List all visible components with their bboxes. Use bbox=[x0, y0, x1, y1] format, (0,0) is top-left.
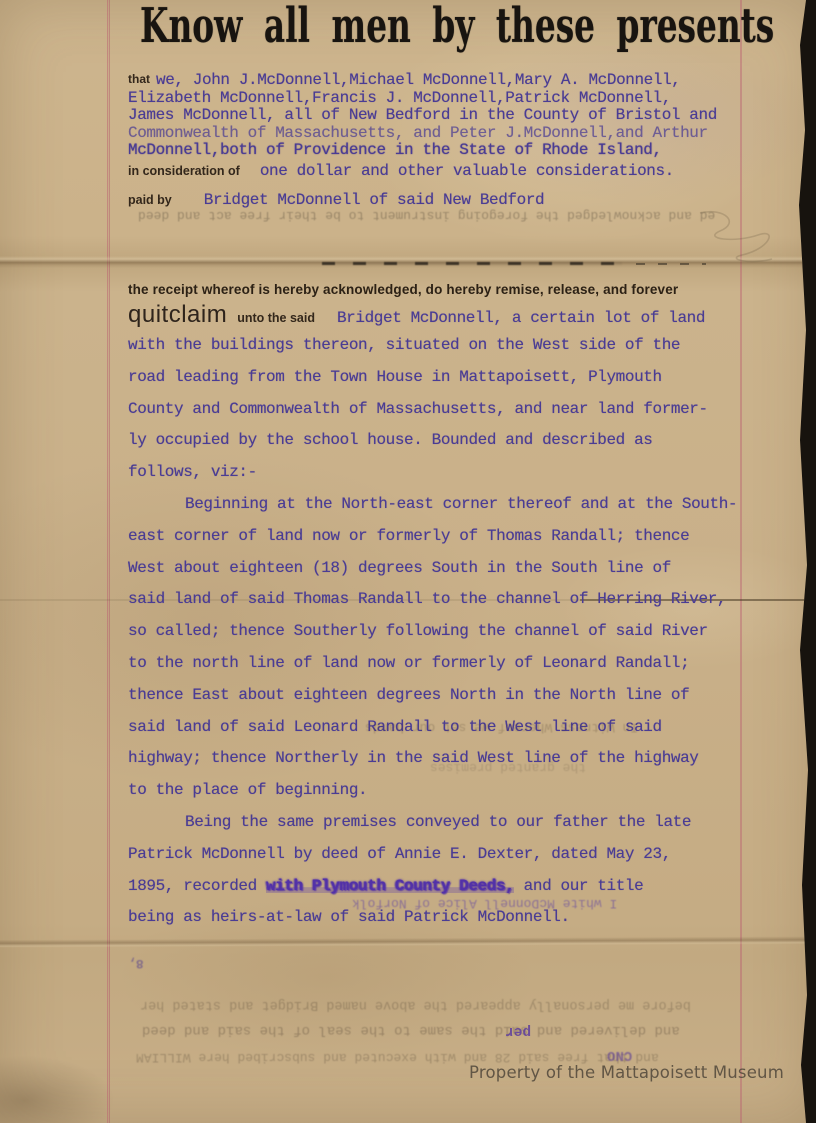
body-line: said land of said Thomas Randall to the … bbox=[128, 584, 788, 616]
typed-parties-line-4: Commonwealth of Massachusetts, and Peter… bbox=[128, 125, 768, 143]
body-line: said land of said Leonard Randall to the… bbox=[128, 712, 788, 744]
body-line-recorded: 1895, recorded with Plymouth County Deed… bbox=[128, 871, 788, 903]
fold-crease-ink-dashes bbox=[322, 262, 622, 265]
body-line: Beginning at the North-east corner there… bbox=[128, 489, 788, 521]
typed-parties-line-1: we, John J.McDonnell,Michael McDonnell,M… bbox=[156, 71, 681, 89]
museum-watermark: Property of the Mattapoisett Museum bbox=[469, 1063, 784, 1082]
pencil-squiggle-mark bbox=[680, 205, 790, 275]
body-line: east corner of land now or formerly of T… bbox=[128, 521, 788, 553]
printed-quitclaim-word: quitclaim bbox=[128, 301, 227, 329]
body-line: County and Commonwealth of Massachusetts… bbox=[128, 394, 788, 426]
body-line: Being the same premises conveyed to our … bbox=[128, 807, 788, 839]
body-line: being as heirs-at-law of said Patrick Mc… bbox=[128, 902, 788, 934]
body-line: highway; thence Northerly in the said We… bbox=[128, 743, 788, 775]
opening-paragraph: thatwe, John J.McDonnell,Michael McDonne… bbox=[128, 71, 768, 160]
typed-consideration: one dollar and other valuable considerat… bbox=[260, 162, 674, 180]
body-line: with the buildings thereon, situated on … bbox=[128, 330, 788, 362]
bleedthrough-mark-8: 8, bbox=[128, 956, 144, 971]
typed-parties-line-3: James McDonnell, all of New Bedford in t… bbox=[128, 107, 768, 125]
body-line: so called; thence Southerly following th… bbox=[128, 616, 788, 648]
typed-parties-line-5: McDonnell,both of Providence in the Stat… bbox=[128, 142, 768, 160]
printed-word-that: that bbox=[128, 72, 150, 86]
body-line: West about eighteen (18) degrees South i… bbox=[128, 553, 788, 585]
bleedthrough-per-mark: per bbox=[505, 1023, 531, 1039]
paid-by-row: paid byBridget McDonnell of said New Bed… bbox=[128, 191, 544, 209]
printed-paid-by: paid by bbox=[128, 193, 172, 207]
typed-grantee-line: Bridget McDonnell, a certain lot of land bbox=[337, 309, 705, 327]
bleedthrough-notary-line: ed and acknowledged the foregoing instru… bbox=[138, 208, 715, 223]
body-line: to the place of beginning. bbox=[128, 775, 788, 807]
fold-crease-top bbox=[0, 256, 816, 268]
bleedthrough-cno-mark: CNO bbox=[607, 1047, 632, 1063]
deed-title: Know all men by these presents bbox=[140, 0, 774, 53]
consideration-row: in consideration ofone dollar and other … bbox=[128, 162, 674, 180]
bleedthrough-bottom-line-1: before me personally appeared the above … bbox=[140, 997, 691, 1012]
printed-unto-the-said: unto the said bbox=[237, 311, 315, 325]
typed-parties-line-2: Elizabeth McDonnell,Francis J. McDonnell… bbox=[128, 90, 768, 108]
quitclaim-row: quitclaim unto the said Bridget McDonnel… bbox=[128, 301, 705, 329]
body-line: to the north line of land now or formerl… bbox=[128, 648, 788, 680]
body-line: thence East about eighteen degrees North… bbox=[128, 680, 788, 712]
deed-body: with the buildings thereon, situated on … bbox=[128, 330, 788, 934]
recorded-suffix: and our title bbox=[514, 877, 643, 895]
body-line: ly occupied by the school house. Bounded… bbox=[128, 425, 788, 457]
fold-crease-bottom bbox=[0, 936, 816, 948]
recorded-prefix: 1895, recorded bbox=[128, 877, 266, 895]
typed-grantor-paid-by: Bridget McDonnell of said New Bedford bbox=[204, 191, 544, 209]
fold-crease-ink-dashes-right bbox=[636, 263, 706, 265]
recorded-smudged-segment: with Plymouth County Deeds, bbox=[266, 877, 514, 895]
printed-in-consideration-of: in consideration of bbox=[128, 164, 240, 178]
deed-paper-scan: Know all men by these presents thatwe, J… bbox=[0, 0, 816, 1123]
body-line: Patrick McDonnell by deed of Annie E. De… bbox=[128, 839, 788, 871]
printed-receipt-clause: the receipt whereof is hereby acknowledg… bbox=[128, 282, 678, 297]
bleedthrough-bottom-line-2: and delivered and said the same to the s… bbox=[142, 1022, 680, 1038]
body-line: follows, viz:- bbox=[128, 457, 788, 489]
opening-line-1: thatwe, John J.McDonnell,Michael McDonne… bbox=[128, 71, 768, 90]
body-line: road leading from the Town House in Matt… bbox=[128, 362, 788, 394]
left-margin-rule bbox=[107, 0, 110, 1123]
